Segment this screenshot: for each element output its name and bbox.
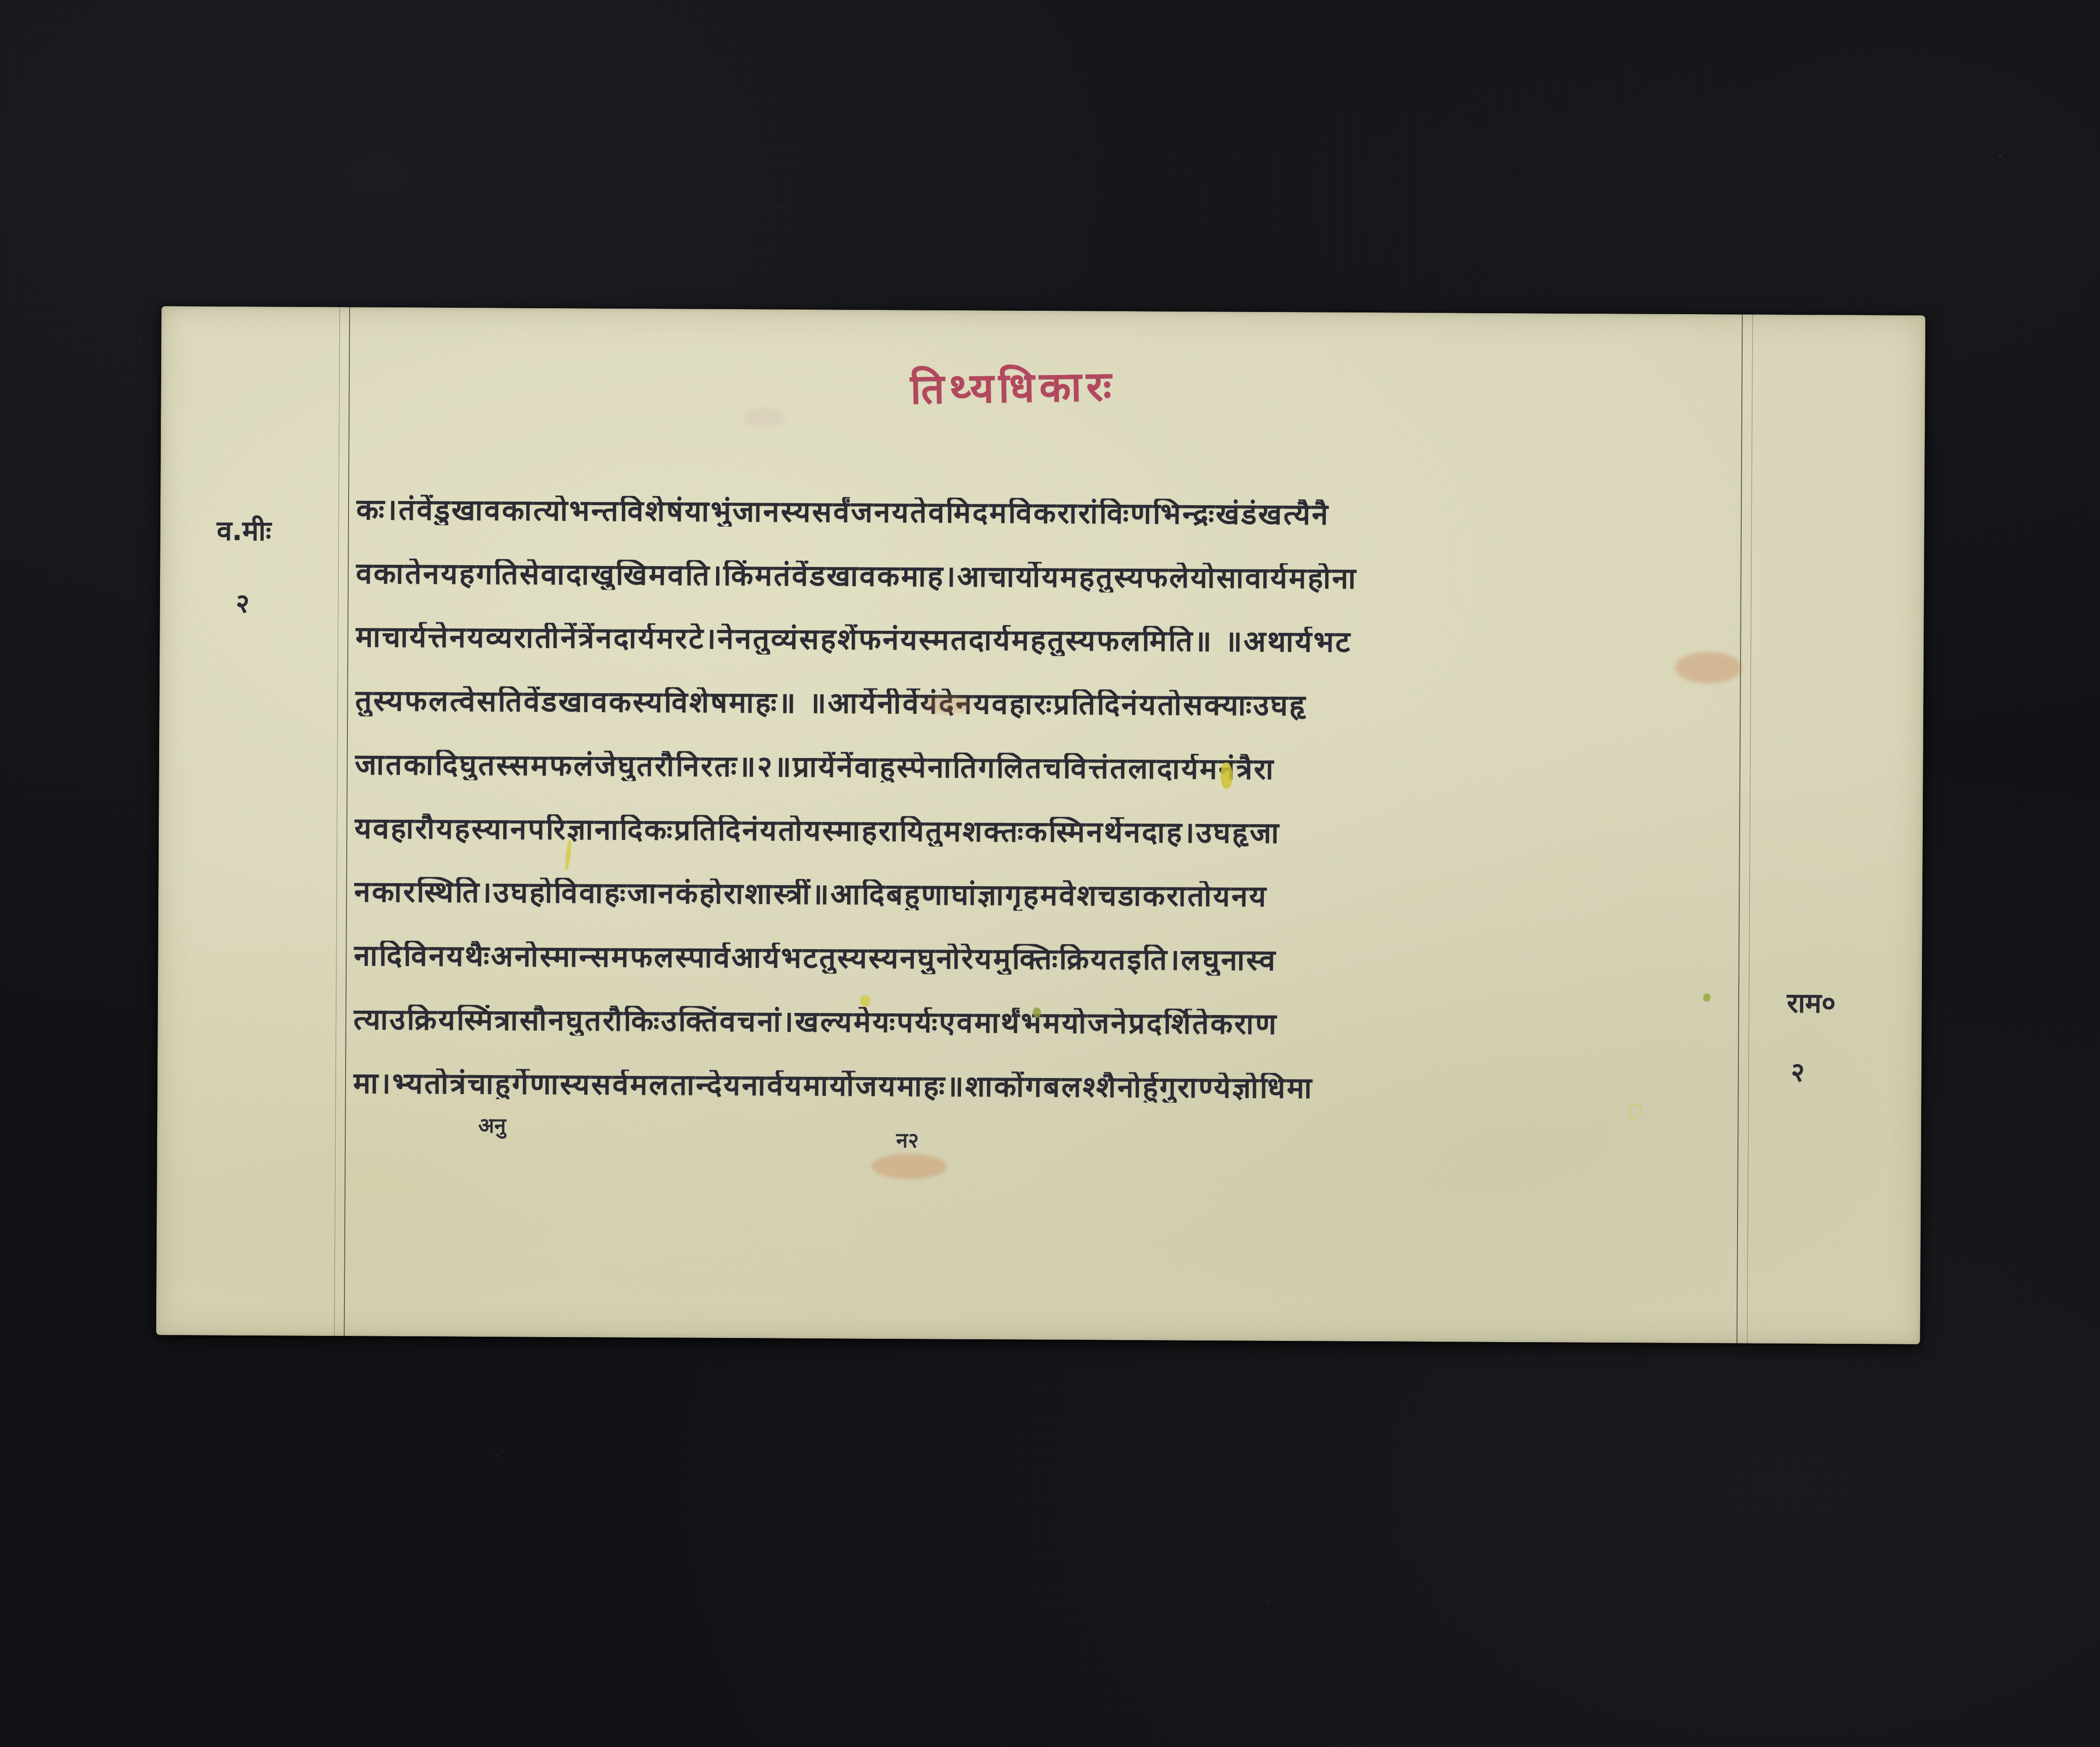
left-margin-abbreviation: व.मीः: [216, 512, 271, 549]
text-line: माचार्यत्तेनयव्यरातीनेंत्रेंनदार्यमरटे।न…: [355, 622, 1763, 660]
yellow-ring-stain: [1628, 1104, 1642, 1119]
text-line: नादिविनयथैःअनोस्मान्समफलस्पार्वआर्यभटतुस…: [354, 941, 1761, 978]
right-margin-label: राम०: [1787, 984, 1836, 1021]
manuscript-leaf: तिथ्यधिकारः व.मीः २ राम० २ कः।तंवेंडुखाव…: [156, 306, 1925, 1344]
text-line: त्याउक्रियस्मिंत्रासौनघुतरौकिःउक्तिंवचना…: [353, 1005, 1761, 1042]
dust-speck: [1999, 155, 2001, 157]
text-line: कः।तंवेंडुखावकात्योभन्तविशेषंयाभुंजानस्य…: [356, 495, 1764, 532]
left-margin-rule-inner: [344, 307, 350, 1336]
text-line: तुस्यफलत्वेसतिवेंडखावकस्यविशेषमाहः॥ ॥आर्…: [355, 686, 1763, 724]
text-block: कः।तंवेंडुखावकात्योभन्तविशेषंयाभुंजानस्य…: [353, 495, 1764, 1106]
left-margin-rule-outer: [334, 307, 340, 1336]
text-line: नकारस्थिति।उघहोविवाहःजानकंहोराशास्त्रीं॥…: [354, 877, 1762, 915]
orange-smudge: [871, 1154, 947, 1180]
catchword-center: न२: [896, 1125, 919, 1154]
left-margin-folio-number: २: [236, 585, 249, 620]
dust-speck: [781, 206, 782, 207]
catchword-left: अनु: [478, 1111, 506, 1139]
dust-speck: [496, 1455, 497, 1456]
dust-speck: [139, 339, 140, 340]
right-margin-folio-number: २: [1790, 1054, 1804, 1089]
pink-smudge: [743, 407, 785, 429]
text-line: मा।भ्यतोत्रंचाहुर्गेणास्यसर्वमलतान्देयना…: [353, 1068, 1761, 1106]
dust-speck: [1268, 1600, 1270, 1602]
chapter-heading: तिथ्यधिकारः: [909, 357, 1116, 416]
text-line: यवहारौयहस्यानपरिज्ञानादिकःप्रतिदिनंयतोयस…: [354, 813, 1762, 851]
text-line: जातकादिघुतस्समफलंजेघुतरौनिरतः॥२॥प्रायेंन…: [354, 750, 1762, 787]
text-line: वकातेनयहगतिसेवादाखुखिमवति।किंमतंवेंडखावक…: [356, 559, 1764, 596]
